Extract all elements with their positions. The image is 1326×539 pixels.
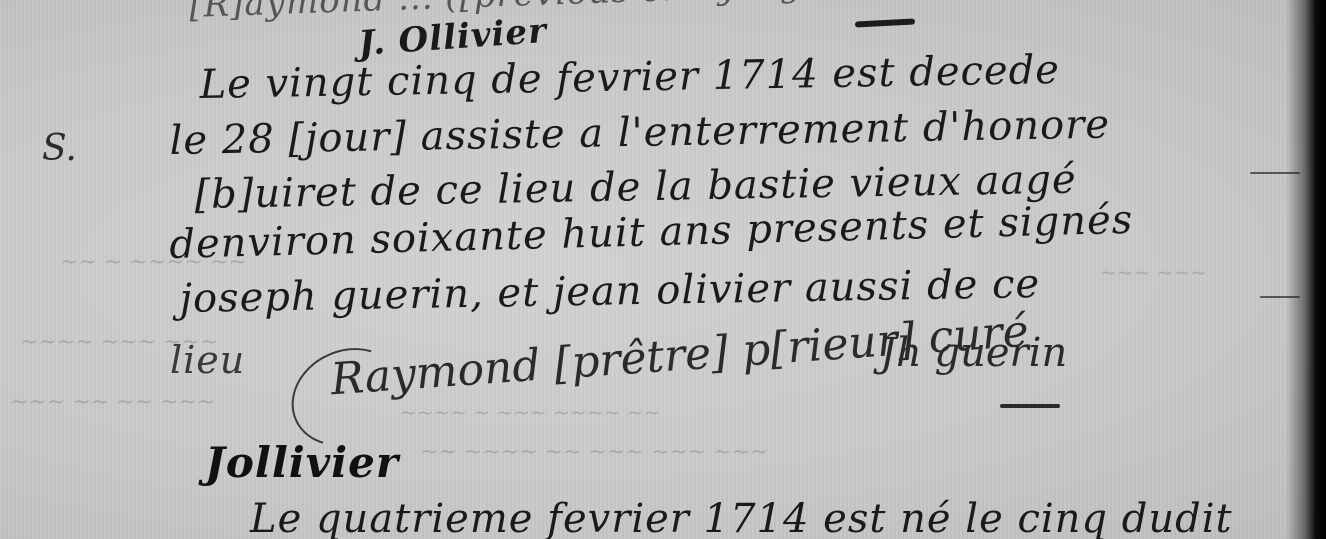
entry-1-margin-letter: S. xyxy=(42,128,77,169)
bleed-through-text: ~~~ ~~~ xyxy=(1100,260,1207,284)
manuscript-page: ~~ ~ ~~~~ ~~ ~~~~ ~~~ ~~~ ~~~ ~~ ~~ ~~~ … xyxy=(0,0,1326,539)
signature-underline xyxy=(1000,404,1060,408)
bleed-through-text: ~~~ ~~ ~~ ~~~ xyxy=(10,390,215,415)
entry-1-line-6: lieu xyxy=(170,338,245,382)
entry-2-line-1: Le quatrieme fevrier 1714 est né le cinq… xyxy=(250,496,1233,539)
bleed-through-text: ~~ ~~~~ ~~ ~~~ ~~~ ~~~ xyxy=(420,440,768,465)
entry-1-line-2: le 28 [jour] assiste a l'enterrement d'h… xyxy=(169,102,1110,164)
page-binding-edge xyxy=(1286,0,1326,539)
previous-entry-fragment: [R]aymond ... ([previous entry signature… xyxy=(189,0,1094,26)
entry-2-margin-name: Jollivier xyxy=(205,438,399,487)
signature-guerin: Jh guerin xyxy=(880,330,1067,376)
entry-1-line-1: Le vingt cinq de fevrier 1714 est decede xyxy=(199,47,1060,108)
bleed-through-text: ~~~~ ~ ~~~ ~~~~ ~~ xyxy=(400,400,660,424)
ink-stroke xyxy=(855,18,915,27)
